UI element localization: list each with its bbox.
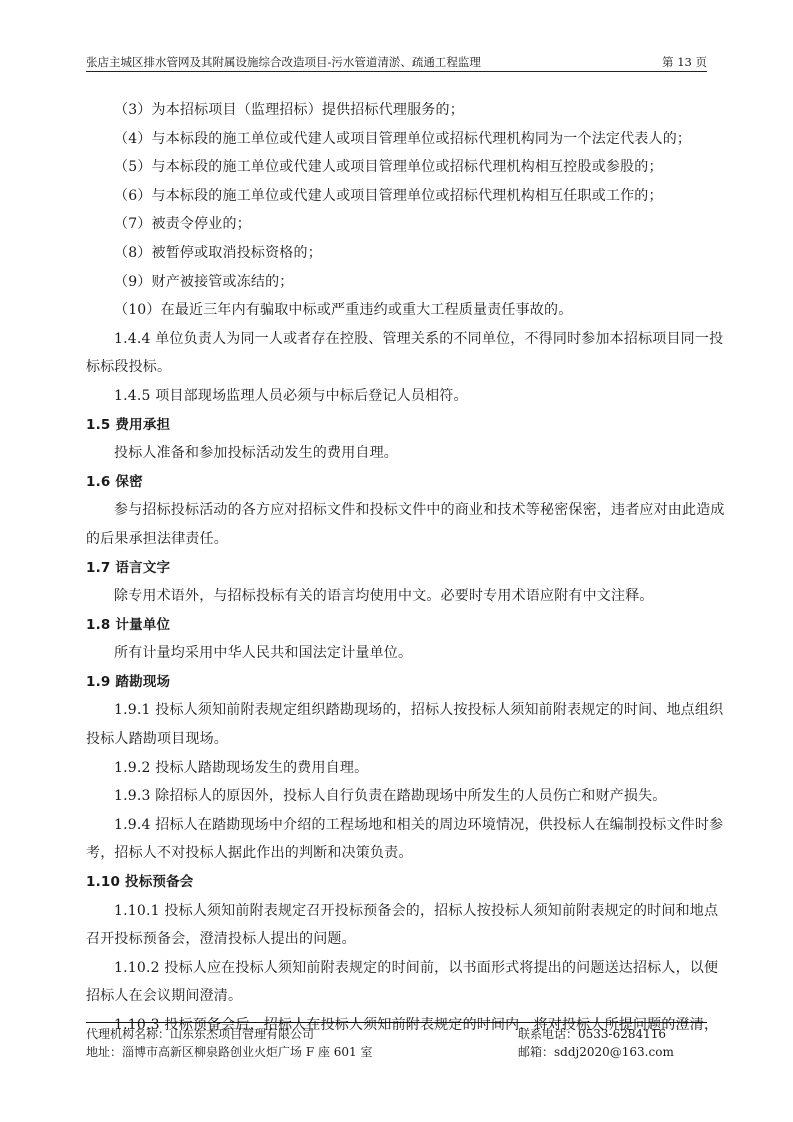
paragraph: 所有计量均采用中华人民共和国法定计量单位。 — [86, 639, 710, 668]
paragraph-continuation: 召开投标预备会，澄清投标人提出的问题。 — [86, 925, 710, 954]
paragraph: 1.9.4 招标人在踏勘现场中介绍的工程场地和相关的周边环境情况，供投标人在编制… — [86, 811, 710, 840]
page-number: 第 13 页 — [662, 54, 707, 71]
contact-phone: 联系电话：0533-6284116 — [518, 1025, 666, 1043]
footer-row: 地址：淄博市高新区柳泉路创业火炬广场 F 座 601 室 邮箱：sddj2020… — [86, 1043, 707, 1061]
list-item: （5）与本标段的施工单位或代建人或项目管理单位或招标代理机构相互控股或参股的； — [86, 153, 710, 182]
paragraph: 投标人准备和参加投标活动发生的费用自理。 — [86, 439, 710, 468]
list-item: （6）与本标段的施工单位或代建人或项目管理单位或招标代理机构相互任职或工作的； — [86, 182, 710, 211]
section-heading: 1.8 计量单位 — [86, 611, 710, 640]
page-footer: 代理机构名称：山东东杰项目管理有限公司 联系电话：0533-6284116 地址… — [86, 1022, 707, 1061]
paragraph: 1.4.4 单位负责人为同一人或者存在控股、管理关系的不同单位，不得同时参加本招… — [86, 325, 710, 354]
paragraph-continuation: 的后果承担法律责任。 — [86, 525, 710, 554]
paragraph: 1.10.1 投标人须知前附表规定召开投标预备会的，招标人按投标人须知前附表规定… — [86, 897, 710, 926]
section-heading: 1.6 保密 — [86, 468, 710, 497]
paragraph: 除专用术语外，与招标投标有关的语言均使用中文。必要时专用术语应附有中文注释。 — [86, 582, 710, 611]
paragraph-continuation: 投标人踏勘项目现场。 — [86, 725, 710, 754]
paragraph: 1.9.1 投标人须知前附表规定组织踏勘现场的，招标人按投标人须知前附表规定的时… — [86, 696, 710, 725]
list-item: （8）被暂停或取消投标资格的； — [86, 239, 710, 268]
list-item: （10）在最近三年内有骗取中标或严重违约或重大工程质量责任事故的。 — [86, 296, 710, 325]
agency-name: 代理机构名称：山东东杰项目管理有限公司 — [86, 1025, 314, 1043]
document-body: （3）为本招标项目（监理招标）提供招标代理服务的； （4）与本标段的施工单位或代… — [86, 96, 710, 1040]
footer-row: 代理机构名称：山东东杰项目管理有限公司 联系电话：0533-6284116 — [86, 1025, 707, 1043]
paragraph: 参与招标投标活动的各方应对招标文件和投标文件中的商业和技术等秘密保密，违者应对由… — [86, 496, 710, 525]
paragraph-continuation: 招标人在会议期间澄清。 — [86, 982, 710, 1011]
list-item: （7）被责令停业的； — [86, 210, 710, 239]
document-title: 张店主城区排水管网及其附属设施综合改造项目-污水管道清淤、疏通工程监理 — [86, 54, 481, 71]
contact-email: 邮箱：sddj2020@163.com — [518, 1043, 674, 1061]
paragraph-continuation: 考，招标人不对投标人据此作出的判断和决策负责。 — [86, 839, 710, 868]
page-header: 张店主城区排水管网及其附属设施综合改造项目-污水管道清淤、疏通工程监理 第 13… — [86, 54, 707, 72]
paragraph: 1.9.2 投标人踏勘现场发生的费用自理。 — [86, 754, 710, 783]
paragraph: 1.9.3 除招标人的原因外，投标人自行负责在踏勘现场中所发生的人员伤亡和财产损… — [86, 782, 710, 811]
section-heading: 1.10 投标预备会 — [86, 868, 710, 897]
section-heading: 1.5 费用承担 — [86, 411, 710, 440]
paragraph-continuation: 标标段投标。 — [86, 353, 710, 382]
list-item: （9）财产被接管或冻结的； — [86, 268, 710, 297]
paragraph: 1.4.5 项目部现场监理人员必须与中标后登记人员相符。 — [86, 382, 710, 411]
section-heading: 1.9 踏勘现场 — [86, 668, 710, 697]
section-heading: 1.7 语言文字 — [86, 554, 710, 583]
paragraph: 1.10.2 投标人应在投标人须知前附表规定的时间前，以书面形式将提出的问题送达… — [86, 954, 710, 983]
list-item: （4）与本标段的施工单位或代建人或项目管理单位或招标代理机构同为一个法定代表人的… — [86, 125, 710, 154]
list-item: （3）为本招标项目（监理招标）提供招标代理服务的； — [86, 96, 710, 125]
agency-address: 地址：淄博市高新区柳泉路创业火炬广场 F 座 601 室 — [86, 1043, 373, 1061]
